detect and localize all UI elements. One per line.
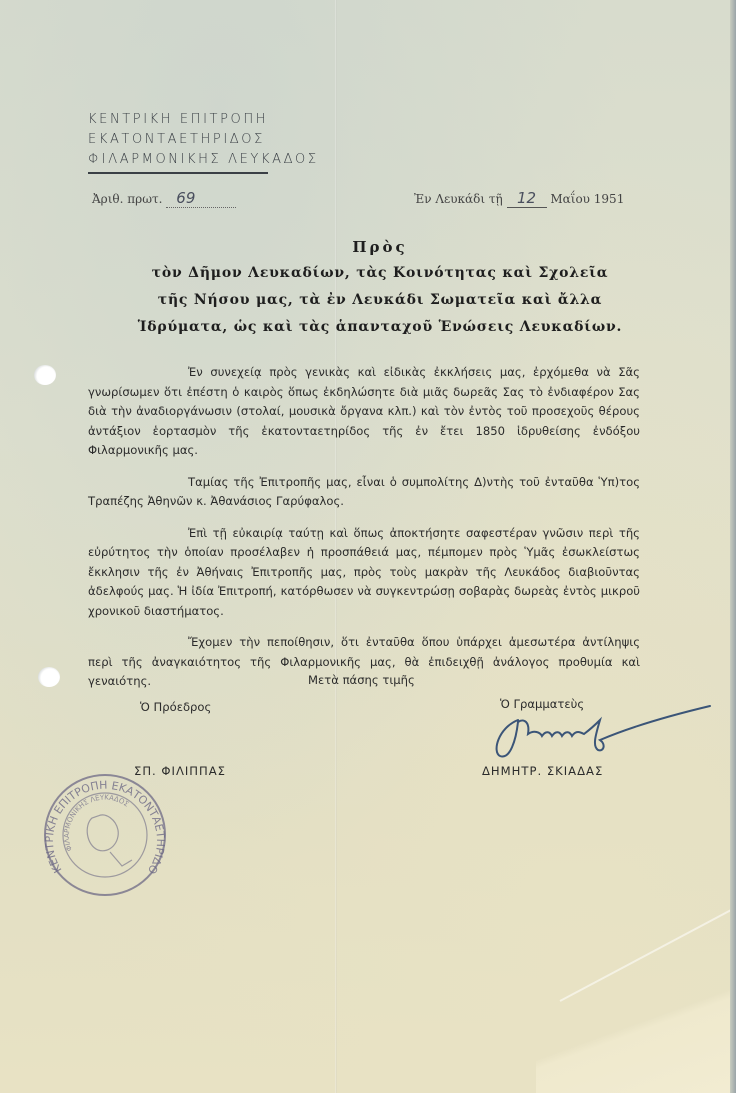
closing-salutation: Μετὰ πάσης τιμῆς: [308, 673, 415, 687]
protocol-number: Ἀριθ. πρωτ. 69: [92, 189, 236, 208]
addressee-line: τὸν Δῆμον Λευκαδίων, τὰς Κοινότητας καὶ …: [120, 260, 640, 287]
letterhead-underline: [88, 172, 268, 174]
date-line: Ἐν Λευκάδι τῇ 12 Μαΐου 1951: [414, 189, 624, 208]
stamp-outer-text: ΚΕΝΤΡΙΚΗ ΕΠΙΤΡΟΠΗ ΕΚΑΤΟΝΤΑΕΤΗΡΙΔΟΣ: [40, 770, 167, 876]
letter-body: Ἐν συνεχείᾳ πρὸς γενικὰς καὶ εἰδικὰς ἐκκ…: [88, 363, 640, 704]
paragraph: Ταμίας τῆς Ἐπιτροπῆς μας, εἶναι ὁ συμπολ…: [88, 473, 640, 512]
letterhead-line: ΚΕΝΤΡΙΚΗ ΕΠΙΤΡΟΠΗ: [88, 110, 319, 130]
punch-hole-icon: [38, 667, 60, 687]
president-title: Ὁ Πρόεδρος: [140, 700, 211, 714]
date-day: 12: [507, 189, 547, 208]
addressee-line: Ἱδρύματα, ὡς καὶ τὰς ἁπανταχοῦ Ἑνώσεις Λ…: [120, 314, 640, 341]
protocol-label: Ἀριθ. πρωτ.: [92, 192, 162, 206]
letterhead-line: ΕΚΑΤΟΝΤΑΕΤΗΡΙΔΟΣ: [88, 130, 319, 150]
svg-text:ΚΕΝΤΡΙΚΗ ΕΠΙΤΡΟΠΗ ΕΚΑΤΟΝΤΑΕΤΗΡ: ΚΕΝΤΡΙΚΗ ΕΠΙΤΡΟΠΗ ΕΚΑΤΟΝΤΑΕΤΗΡΙΔΟΣ: [40, 770, 167, 876]
addressee-block: Πρὸς τὸν Δῆμον Λευκαδίων, τὰς Κοινότητας…: [120, 238, 640, 341]
paragraph: Ἐν συνεχείᾳ πρὸς γενικὰς καὶ εἰδικὰς ἐκκ…: [88, 363, 640, 461]
addressee-heading: Πρὸς: [120, 238, 640, 256]
letterhead-line: ΦΙΛΑΡΜΟΝΙΚΗΣ ΛΕΥΚΑΔΟΣ: [88, 150, 319, 170]
addressee-line: τῆς Νήσου μας, τὰ ἐν Λευκάδι Σωματεῖα κα…: [120, 287, 640, 314]
folded-corner: [536, 973, 736, 1093]
protocol-value: 69: [166, 189, 236, 208]
handwritten-signature-icon: [488, 700, 718, 770]
official-stamp-icon: ΚΕΝΤΡΙΚΗ ΕΠΙΤΡΟΠΗ ΕΚΑΤΟΝΤΑΕΤΗΡΙΔΟΣ ΦΙΛΑΡ…: [40, 770, 170, 900]
letterhead: ΚΕΝΤΡΙΚΗ ΕΠΙΤΡΟΠΗ ΕΚΑΤΟΝΤΑΕΤΗΡΙΔΟΣ ΦΙΛΑΡ…: [88, 110, 319, 174]
paragraph: Ἐπὶ τῇ εὐκαιρίᾳ ταύτῃ καὶ ὅπως ἀποκτήσητ…: [88, 524, 640, 622]
date-prefix: Ἐν Λευκάδι τῇ: [414, 192, 503, 206]
punch-hole-icon: [34, 365, 56, 385]
date-month-year: Μαΐου 1951: [550, 192, 624, 206]
paper-edge: [730, 0, 736, 1093]
